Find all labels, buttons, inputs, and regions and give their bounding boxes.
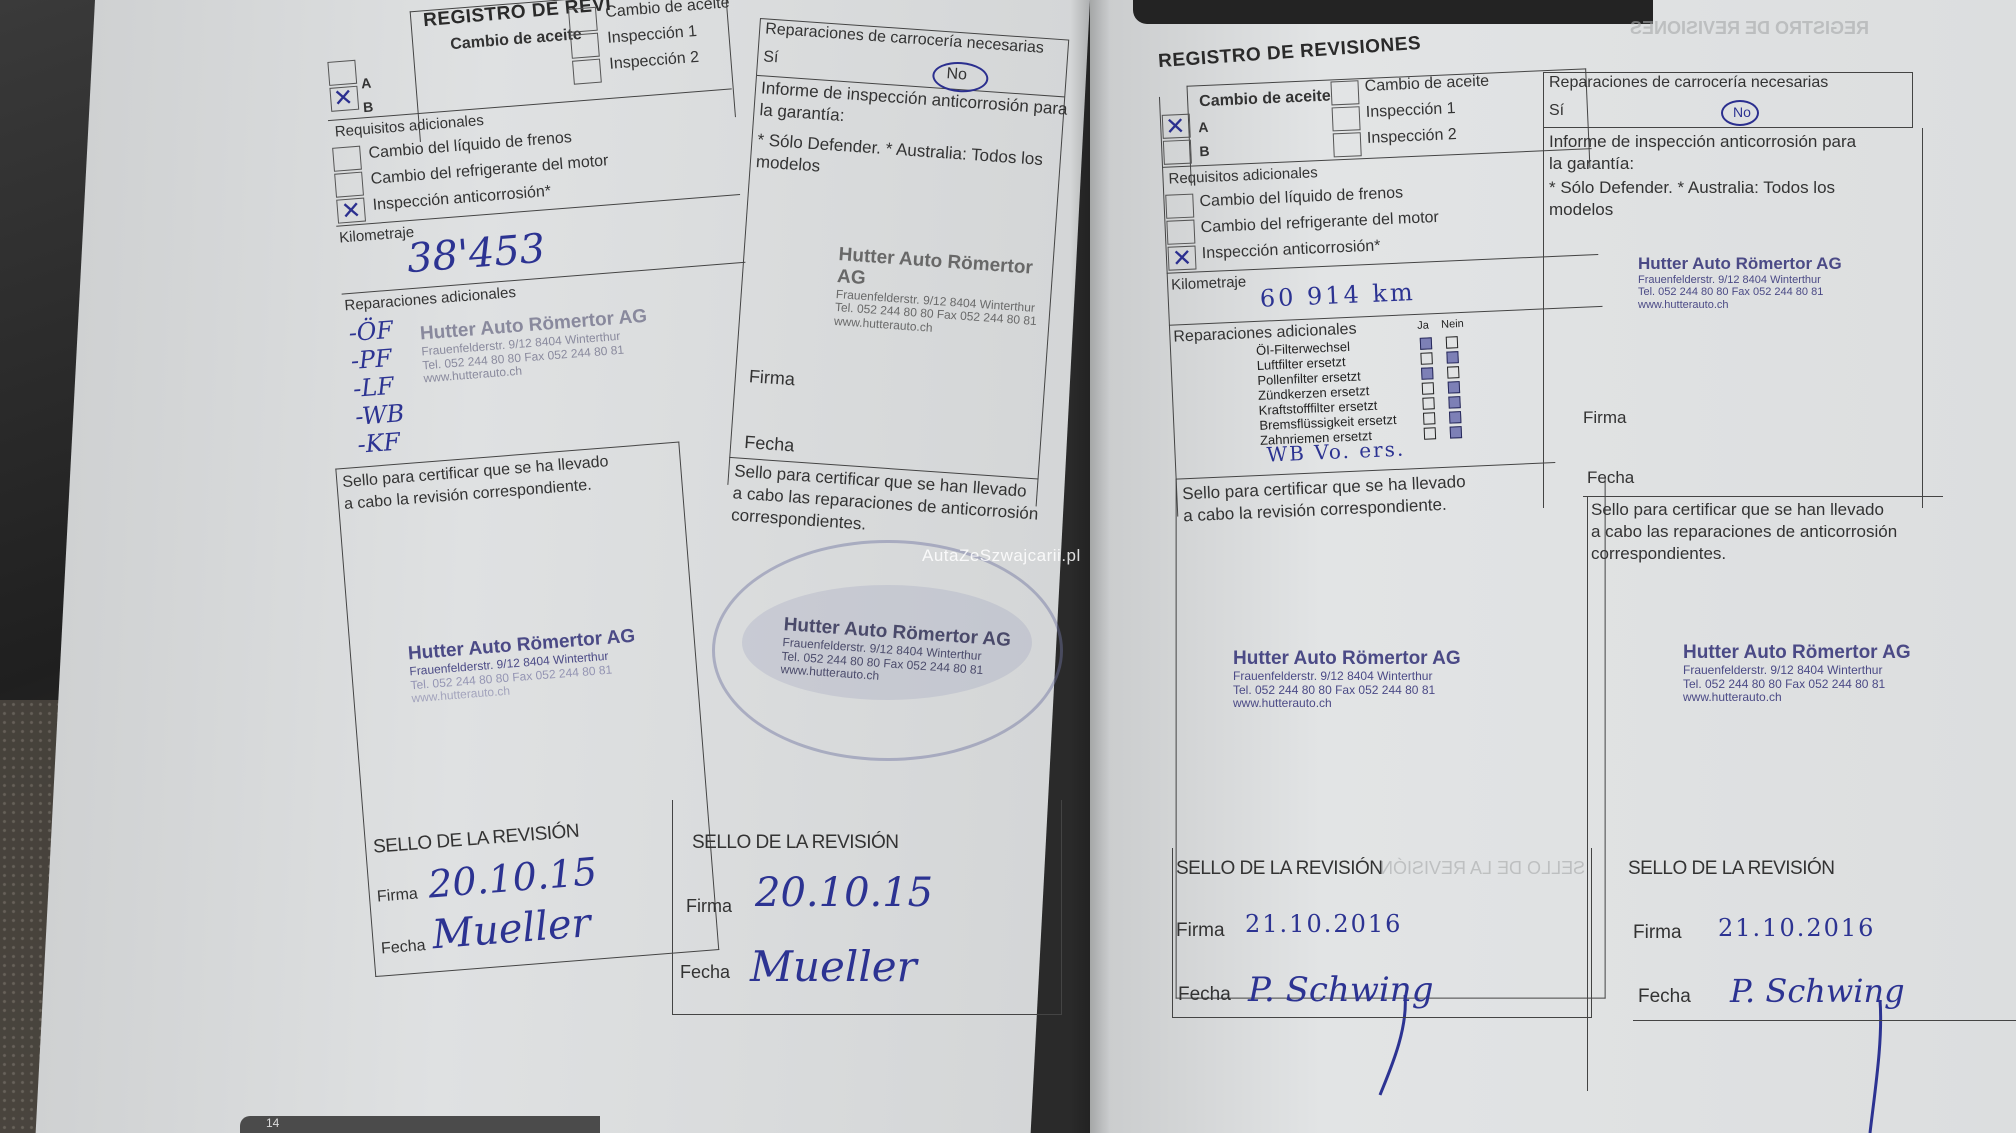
footnote-line2: modelos: [1549, 200, 1613, 220]
checkbox-oil-a[interactable]: [327, 60, 357, 86]
repair-note: -PF: [350, 343, 401, 375]
corrosion-card-2: Reparaciones de carrocería necesarias Sí…: [1543, 68, 1923, 1028]
body-repairs-yes[interactable]: Sí: [763, 48, 779, 67]
mileage-value: 60 914 km: [1259, 278, 1416, 313]
option-a-label: A: [361, 75, 372, 92]
page-number-tab: 14: [240, 1116, 600, 1133]
date-label: Fecha: [744, 432, 795, 456]
repair-note: -KF: [356, 427, 407, 459]
mileage-label: Kilometraje: [1171, 273, 1247, 293]
option-b-label: B: [1199, 143, 1210, 159]
signature-label: Firma: [1633, 922, 1682, 944]
repair-notes-list: -ÖF -PF -LF -WB -KF: [348, 315, 408, 458]
book-gutter: [1070, 0, 1110, 1133]
mileage-value: 38'453: [405, 226, 546, 283]
checklist-nein-header: Nein: [1441, 318, 1464, 331]
checkbox-ja[interactable]: [1422, 397, 1435, 410]
dealer-web: www.hutterauto.ch: [1233, 697, 1461, 711]
dealer-name: Hutter Auto Römertor AG: [1638, 254, 1842, 274]
signature-label: Firma: [376, 885, 418, 906]
dealer-web: www.hutterauto.ch: [1683, 691, 1911, 705]
checkbox-ja[interactable]: [1420, 352, 1433, 365]
anticorrosion-label: Inspección anticorrosión*: [1201, 237, 1380, 263]
checkbox-ja[interactable]: [1420, 337, 1433, 350]
dealer-stamp: Hutter Auto Römertor AG Frauenfelderstr.…: [1638, 254, 1842, 311]
additional-repairs-label: Reparaciones adicionales: [344, 284, 517, 314]
dealer-stamp: Hutter Auto Römertor AG Frauenfelderstr.…: [419, 306, 651, 387]
checkbox-ja[interactable]: [1422, 382, 1435, 395]
date-label: Fecha: [1638, 986, 1691, 1008]
checkbox-oil-change[interactable]: [1330, 80, 1359, 105]
checkbox-oil-a[interactable]: ✕: [1162, 114, 1191, 139]
dealer-phone: Tel. 052 244 80 80 Fax 052 244 80 81: [1683, 678, 1911, 692]
checkbox-nein[interactable]: [1446, 336, 1459, 349]
additional-note: WB Vo. ers.: [1266, 437, 1406, 467]
date-label: Fecha: [1587, 468, 1634, 488]
checkbox-anticorrosion[interactable]: ✕: [336, 198, 366, 224]
checkbox-coolant[interactable]: [334, 172, 364, 198]
dealer-stamp: Hutter Auto Römertor AG Frauenfelderstr.…: [833, 244, 1063, 345]
signature-label: Firma: [1583, 408, 1626, 428]
checkbox-anticorrosion[interactable]: ✕: [1168, 246, 1197, 271]
checkbox-oil-b[interactable]: ✕: [329, 86, 359, 112]
dealer-phone: Tel. 052 244 80 80 Fax 052 244 80 81: [1233, 684, 1461, 698]
footnote-line1: * Sólo Defender. * Australia: Todos los: [1549, 178, 1835, 198]
dealer-address: Frauenfelderstr. 9/12 8404 Winterthur: [1233, 670, 1461, 684]
dealer-phone: Tel. 052 244 80 80 Fax 052 244 80 81: [1638, 286, 1842, 299]
checkbox-inspection-2[interactable]: [1333, 132, 1362, 157]
checklist-ja-header: Ja: [1417, 319, 1429, 331]
option-a-label: A: [1198, 119, 1209, 135]
page-number: 14: [266, 1116, 279, 1130]
checkbox-nein[interactable]: [1448, 396, 1461, 409]
checkbox-nein[interactable]: [1447, 366, 1460, 379]
repair-note: -LF: [352, 371, 403, 403]
checkbox-inspection-1[interactable]: [570, 33, 600, 59]
dealer-stamp: Hutter Auto Römertor AG Frauenfelderstr.…: [1233, 648, 1461, 711]
body-repairs-label: Reparaciones de carrocería necesarias: [1549, 74, 1828, 92]
option-b-label: B: [362, 99, 373, 116]
dealer-stamp: Hutter Auto Römertor AG Frauenfelderstr.…: [1683, 642, 1911, 705]
dealer-address: Frauenfelderstr. 9/12 8404 Winterthur: [1683, 664, 1911, 678]
corrosion-report-line1: Informe de inspección anticorrosión para: [1549, 132, 1856, 152]
service-signature-box: [1172, 848, 1592, 1018]
date-label: Fecha: [380, 937, 426, 958]
checkbox-brake-fluid[interactable]: [332, 146, 362, 172]
corrosion-stamp-title: SELLO DE LA REVISIÓN: [692, 832, 898, 854]
checkbox-brake-fluid[interactable]: [1165, 194, 1194, 219]
checkbox-oil-change[interactable]: [568, 7, 598, 33]
card-bottom-border: [1633, 1020, 2016, 1021]
watermark: AutaZeSzwajcarii.pl: [922, 546, 1081, 566]
checkbox-inspection-2[interactable]: [572, 59, 602, 85]
corrosion-report-line2: la garantía:: [1549, 154, 1634, 174]
coolant-label: Cambio del refrigerante del motor: [1200, 209, 1439, 237]
dealer-address: Frauenfelderstr. 9/12 8404 Winterthur: [1638, 274, 1842, 287]
body-repairs-yes[interactable]: Sí: [1549, 102, 1564, 120]
repair-note: -WB: [354, 399, 405, 431]
signature-label: Firma: [686, 896, 732, 917]
signature-label: Firma: [748, 366, 795, 390]
checkbox-oil-b[interactable]: [1163, 140, 1192, 165]
checkbox-ja[interactable]: [1421, 367, 1434, 380]
signature-handwritten: Mueller: [750, 942, 917, 991]
brake-fluid-label: Cambio del líquido de frenos: [1199, 184, 1403, 211]
repair-note: -ÖF: [348, 315, 399, 347]
mileage-label: Kilometraje: [339, 224, 415, 247]
corrosion-stamp-title: SELLO DE LA REVISIÓN: [1628, 858, 1834, 880]
checkbox-nein[interactable]: [1449, 411, 1462, 424]
circled-answer: [1721, 100, 1759, 126]
top-shadow: [1133, 0, 1653, 24]
checkbox-inspection-1[interactable]: [1332, 106, 1361, 131]
checkbox-coolant[interactable]: [1166, 220, 1195, 245]
dealer-web: www.hutterauto.ch: [1638, 299, 1842, 312]
checkbox-nein[interactable]: [1450, 426, 1463, 439]
checkbox-nein[interactable]: [1448, 381, 1461, 394]
date-label: Fecha: [680, 962, 730, 983]
dealer-name: Hutter Auto Römertor AG: [1233, 648, 1461, 670]
date-handwritten: 21.10.2016: [1718, 914, 1875, 942]
checkbox-ja[interactable]: [1423, 412, 1436, 425]
dealer-name: Hutter Auto Römertor AG: [1683, 642, 1911, 664]
show-through-title: REGISTRO DE REVISIONES: [1630, 18, 1869, 39]
date-handwritten: 20.10.15: [755, 870, 933, 916]
checkbox-nein[interactable]: [1446, 351, 1459, 364]
checkbox-ja[interactable]: [1424, 427, 1437, 440]
